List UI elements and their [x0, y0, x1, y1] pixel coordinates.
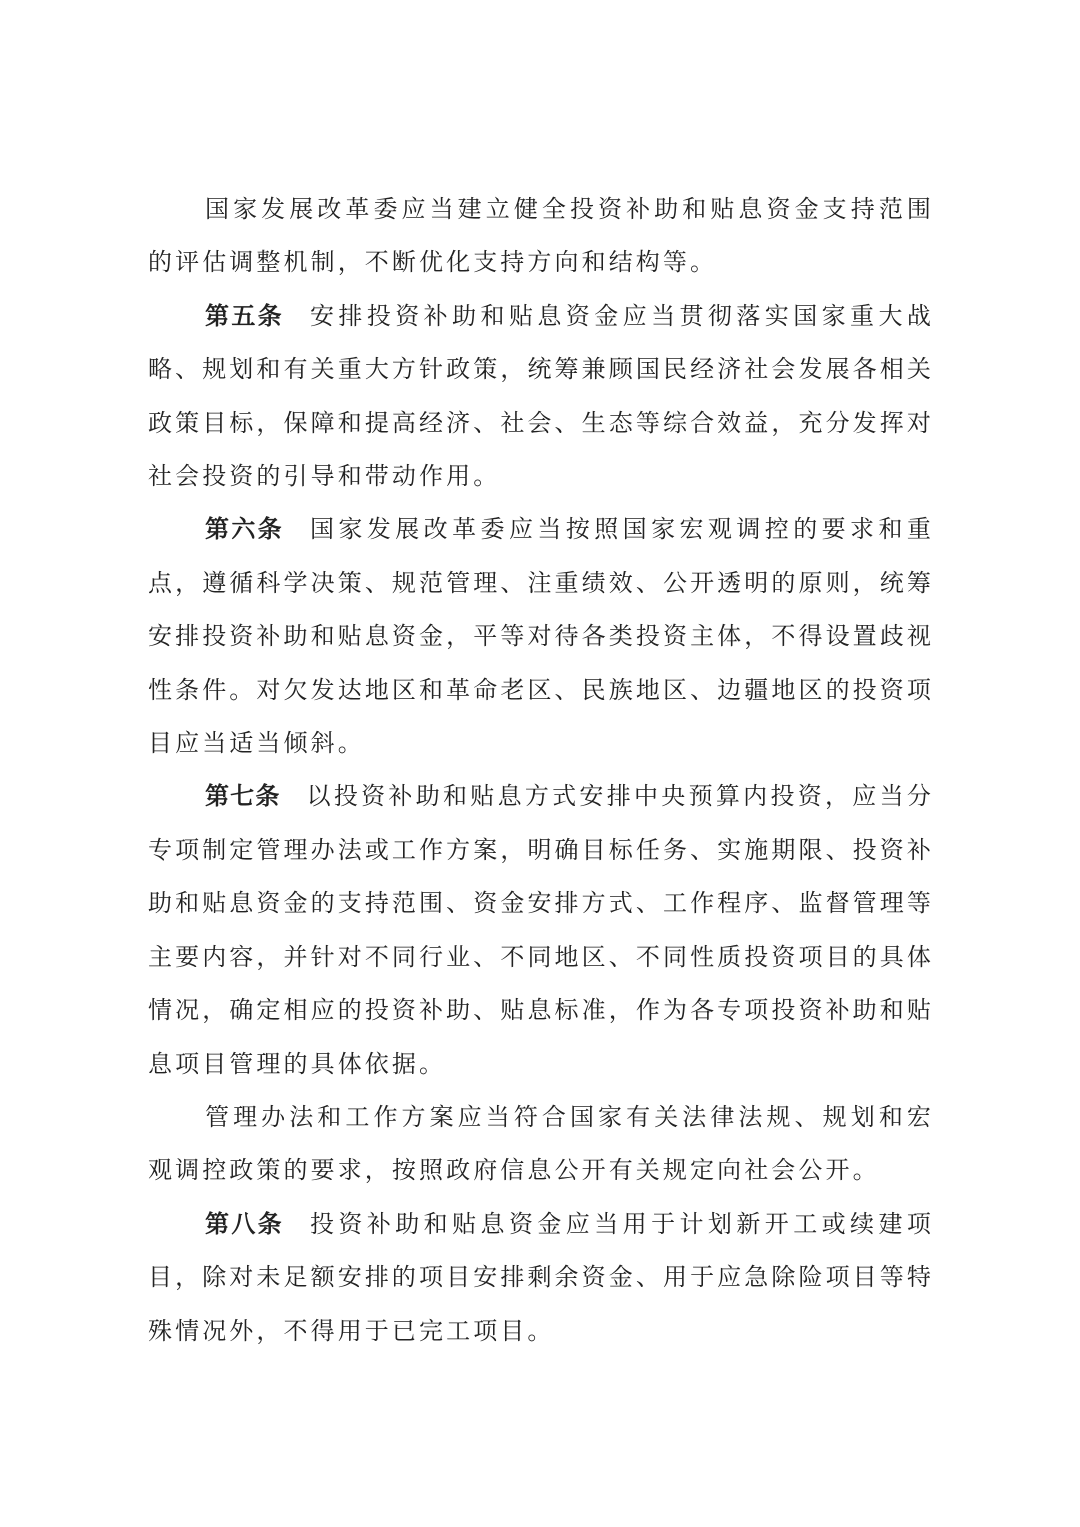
article-8: 第八条投资补助和贴息资金应当用于计划新开工或续建项目，除对未足额安排的项目安排剩… [148, 1198, 934, 1358]
paragraph-text: 国家发展改革委应当按照国家宏观调控的要求和重点，遵循科学决策、规范管理、注重绩效… [148, 515, 934, 757]
paragraph-text: 安排投资补助和贴息资金应当贯彻落实国家重大战略、规划和有关重大方针政策，统筹兼顾… [148, 302, 934, 490]
article-5: 第五条安排投资补助和贴息资金应当贯彻落实国家重大战略、规划和有关重大方针政策，统… [148, 290, 934, 504]
paragraph-text: 以投资补助和贴息方式安排中央预算内投资，应当分专项制定管理办法或工作方案，明确目… [148, 782, 934, 1077]
paragraph-management-rules: 管理办法和工作方案应当符合国家有关法律法规、规划和宏观调控政策的要求，按照政府信… [148, 1091, 934, 1198]
article-heading: 第六条 [205, 515, 284, 543]
article-heading: 第七条 [205, 782, 281, 810]
article-6: 第六条国家发展改革委应当按照国家宏观调控的要求和重点，遵循科学决策、规范管理、注… [148, 503, 934, 770]
paragraph-range-adjustment: 国家发展改革委应当建立健全投资补助和贴息资金支持范围的评估调整机制，不断优化支持… [148, 183, 934, 290]
paragraph-text: 管理办法和工作方案应当符合国家有关法律法规、规划和宏观调控政策的要求，按照政府信… [148, 1103, 934, 1184]
article-heading: 第八条 [205, 1210, 284, 1238]
article-heading: 第五条 [205, 302, 284, 330]
article-7: 第七条以投资补助和贴息方式安排中央预算内投资，应当分专项制定管理办法或工作方案，… [148, 770, 934, 1090]
document-page: 国家发展改革委应当建立健全投资补助和贴息资金支持范围的评估调整机制，不断优化支持… [148, 183, 934, 1358]
paragraph-text: 国家发展改革委应当建立健全投资补助和贴息资金支持范围的评估调整机制，不断优化支持… [148, 195, 934, 276]
